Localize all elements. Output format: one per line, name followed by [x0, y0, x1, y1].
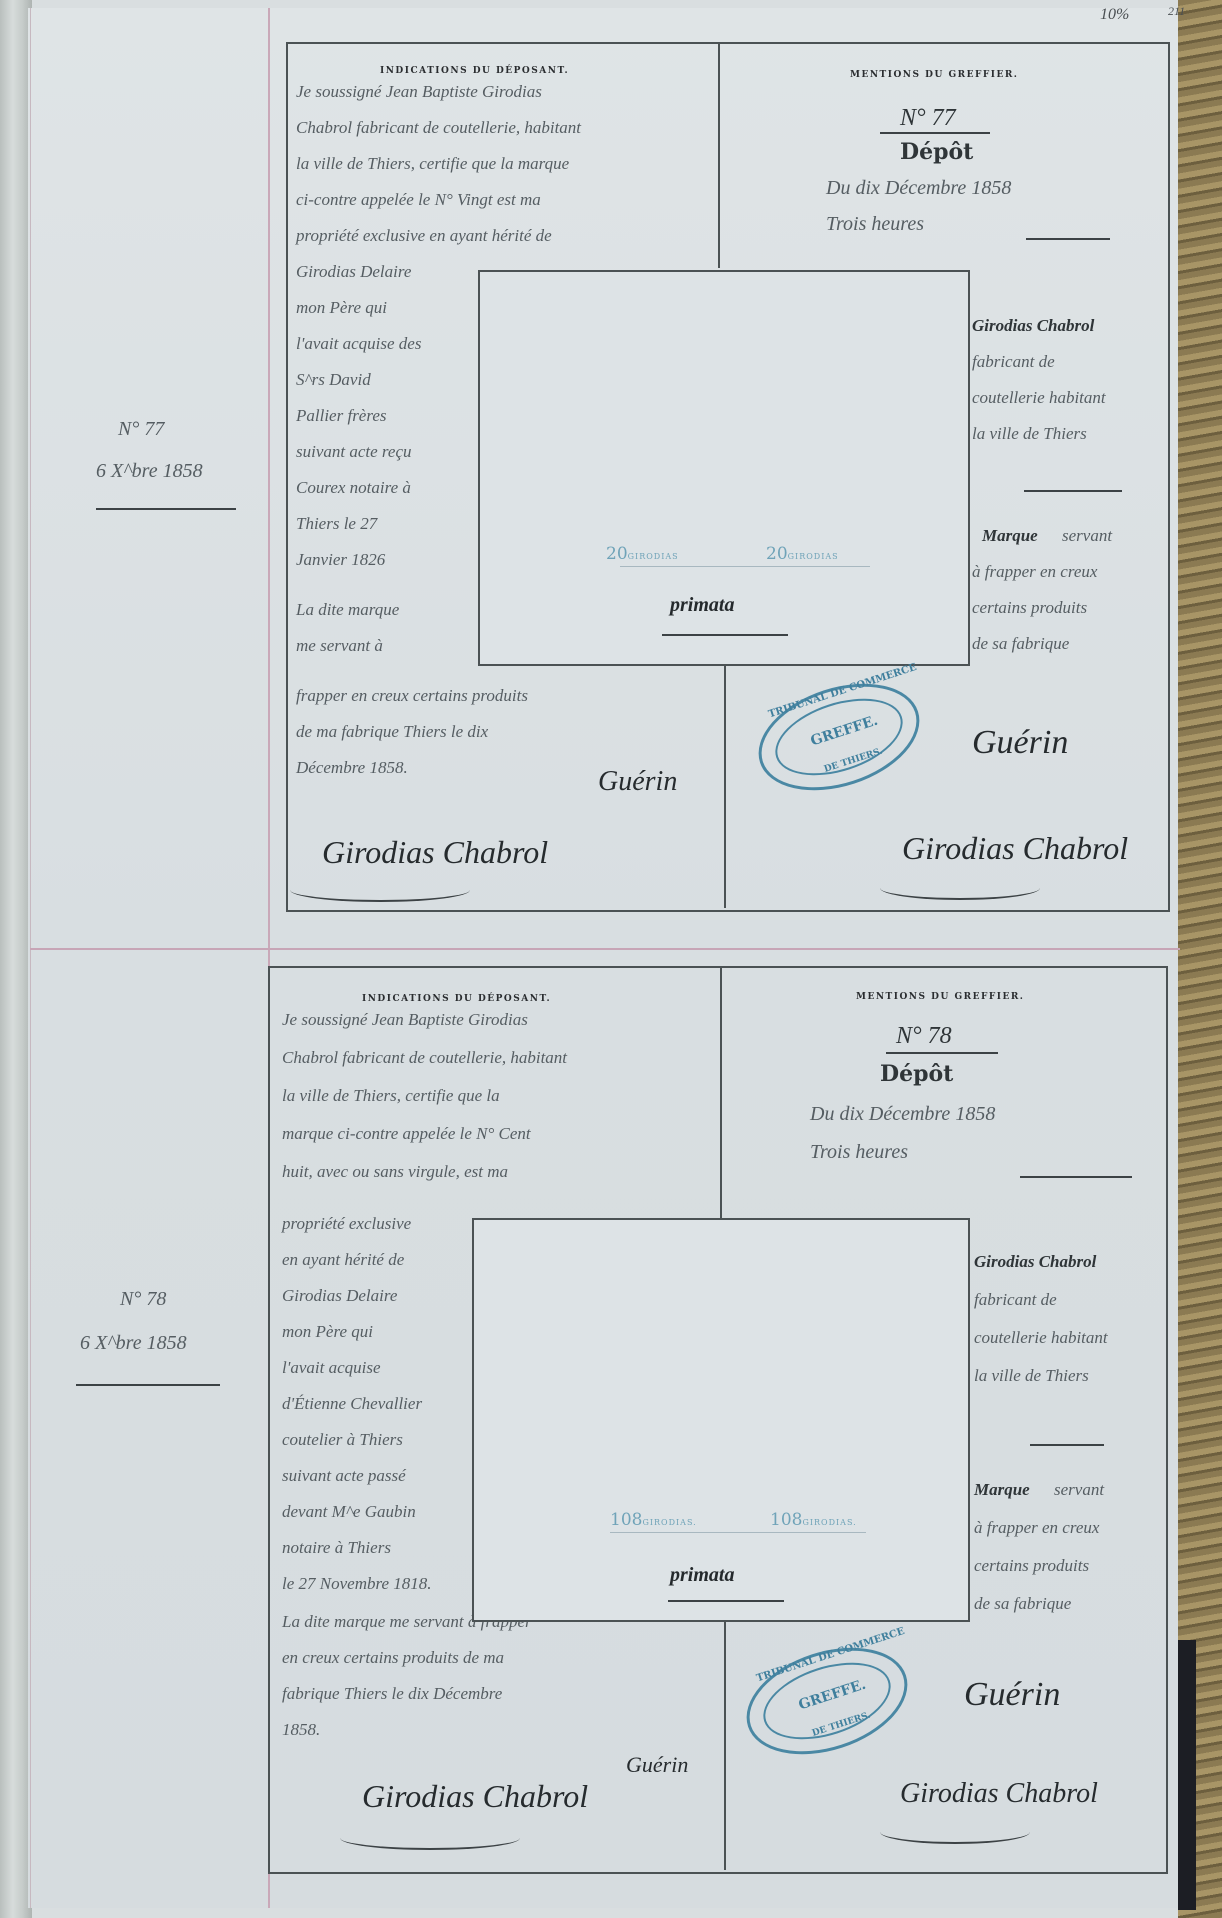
clerk-deposit-time: Trois heures	[826, 206, 924, 242]
clerk-signature: Guérin	[964, 1676, 1060, 1714]
depositor-line: coutelier à Thiers	[282, 1422, 403, 1458]
depositor-line: Girodias Delaire	[282, 1278, 397, 1314]
clerk-mark-line: à frapper en creux	[972, 554, 1097, 590]
depositor-line: marque ci-contre appelée le N° Cent	[282, 1116, 531, 1152]
depositor-line: la ville de Thiers, certifie que la	[282, 1078, 500, 1114]
depositor-line: Courex notaire à	[296, 470, 411, 506]
signature-flourish	[290, 878, 470, 902]
clerk-depositor-signature: Girodias Chabrol	[902, 830, 1128, 867]
mark-imprint: 108GIRODIAS.	[610, 1510, 697, 1530]
mark-name: primata	[670, 594, 734, 617]
depositor-line: d'Étienne Chevallier	[282, 1386, 422, 1422]
mark-imprint-rule	[620, 566, 870, 567]
mark-name-underline	[662, 634, 788, 636]
clerk-deposit-date: Du dix Décembre 1858	[810, 1096, 995, 1132]
margin-record-number: N° 77	[118, 418, 164, 441]
depositor-line: Je soussigné Jean Baptiste Girodias	[282, 1002, 528, 1038]
depositor-signature: Girodias Chabrol	[362, 1778, 588, 1815]
depositor-signature: Girodias Chabrol	[322, 834, 548, 871]
folio-number: 10%	[1100, 6, 1129, 24]
mark-imprint-number: 20	[606, 544, 628, 564]
clerk-mark-line: de sa fabrique	[974, 1586, 1071, 1622]
depositor-line: La dite marque	[296, 592, 399, 628]
depositor-line: ci-contre appelée le N° Vingt est ma	[296, 182, 541, 218]
mark-name: primata	[670, 1564, 734, 1587]
depositor-line: me servant à	[296, 628, 383, 664]
depositor-line: le 27 Novembre 1818.	[282, 1566, 432, 1602]
depositor-line: propriété exclusive en ayant hérité de	[296, 218, 552, 254]
clerk-deposit-time: Trois heures	[810, 1134, 908, 1170]
depositor-line: suivant acte passé	[282, 1458, 406, 1494]
margin-record-date: 6 X^bre 1858	[96, 460, 203, 483]
clerk-mark-line: servant	[1062, 518, 1112, 554]
clerk-depositor-name: Girodias Chabrol	[972, 308, 1094, 344]
clerk-deposit-title: Dépôt	[880, 1056, 953, 1092]
clerk-deposit-date: Du dix Décembre 1858	[826, 170, 1011, 206]
margin-record-number: N° 78	[120, 1288, 166, 1311]
trademark-imprint-box: 20GIRODIAS 20GIRODIAS primata	[478, 270, 970, 666]
depositor-line: la ville de Thiers, certifie que la marq…	[296, 146, 569, 182]
mark-imprint-rule	[610, 1532, 866, 1533]
mark-imprint-name: GIRODIAS.	[642, 1518, 696, 1527]
depositor-line: suivant acte reçu	[296, 434, 412, 470]
column-divider-top	[718, 42, 720, 268]
clerk-header: Mentions du greffier.	[850, 70, 1018, 80]
clerk-depositor-line: la ville de Thiers	[974, 1358, 1089, 1394]
clerk-record-number: N° 78	[896, 1018, 952, 1054]
depositor-line: 1858.	[282, 1712, 320, 1748]
depositor-line: notaire à Thiers	[282, 1530, 391, 1566]
margin-record-date: 6 X^bre 1858	[80, 1332, 187, 1355]
clerk-time-rule	[1020, 1176, 1132, 1178]
clerk-depositor-signature: Girodias Chabrol	[900, 1778, 1098, 1810]
depositor-line: frapper en creux certains produits	[296, 678, 528, 714]
depositor-line: Chabrol fabricant de coutellerie, habita…	[282, 1040, 567, 1076]
column-divider-bottom	[724, 1618, 726, 1870]
mark-imprint-number: 108	[770, 1510, 802, 1530]
page-left-rule	[30, 8, 31, 1908]
depositor-line: Décembre 1858.	[296, 750, 408, 786]
clerk-depositor-name: Girodias Chabrol	[974, 1244, 1096, 1280]
clerk-deposit-title: Dépôt	[900, 134, 973, 170]
page-corner-mark: 211	[1168, 4, 1185, 19]
depositor-line: fabrique Thiers le dix Décembre	[282, 1676, 502, 1712]
column-divider-bottom	[724, 664, 726, 908]
clerk-signature: Guérin	[972, 724, 1068, 762]
margin-underline	[96, 508, 236, 510]
clerk-mark-label: Marque	[982, 518, 1038, 554]
depositor-line: propriété exclusive	[282, 1206, 411, 1242]
scanned-register-page: 10% 211 N° 77 6 X^bre 1858 Indications d…	[0, 0, 1222, 1918]
mark-imprint-name: GIRODIAS.	[802, 1518, 856, 1527]
clerk-mark-line: certains produits	[972, 590, 1087, 626]
depositor-line: huit, avec ou sans virgule, est ma	[282, 1154, 508, 1190]
depositor-line: devant M^e Gaubin	[282, 1494, 416, 1530]
mark-imprint-name: GIRODIAS	[788, 552, 839, 561]
book-cover-corner	[1178, 1640, 1196, 1910]
depositor-line: l'avait acquise des	[296, 326, 421, 362]
clerk-mark-label: Marque	[974, 1472, 1030, 1508]
depositor-line: mon Père qui	[296, 290, 387, 326]
depositor-line: de ma fabrique Thiers le dix	[296, 714, 488, 750]
signature-flourish	[340, 1826, 520, 1850]
clerk-number-underline	[886, 1052, 998, 1054]
depositor-line: Chabrol fabricant de coutellerie, habita…	[296, 110, 581, 146]
clerk-time-rule	[1026, 238, 1110, 240]
clerk-mark-line: à frapper en creux	[974, 1510, 1099, 1546]
clerk-section-rule	[1024, 490, 1122, 492]
clerk-depositor-line: fabricant de	[972, 344, 1055, 380]
mark-imprint-number: 20	[766, 544, 788, 564]
mark-imprint-number: 108	[610, 1510, 642, 1530]
depositor-line: Girodias Delaire	[296, 254, 411, 290]
clerk-depositor-line: coutellerie habitant	[972, 380, 1106, 416]
mark-imprint-name: GIRODIAS	[628, 552, 679, 561]
depositor-line: Janvier 1826	[296, 542, 385, 578]
signature-flourish	[880, 1820, 1030, 1844]
depositor-line: Thiers le 27	[296, 506, 377, 542]
depositor-line: mon Père qui	[282, 1314, 373, 1350]
clerk-section-rule	[1030, 1444, 1104, 1446]
mark-imprint: 20GIRODIAS	[606, 544, 679, 564]
clerk-depositor-line: la ville de Thiers	[972, 416, 1087, 452]
trademark-imprint-box: 108GIRODIAS. 108GIRODIAS. primata	[472, 1218, 970, 1622]
column-divider-top	[720, 966, 722, 1220]
clerk-header: Mentions du greffier.	[856, 992, 1024, 1002]
depositor-line: Je soussigné Jean Baptiste Girodias	[296, 74, 542, 110]
depositor-line: Pallier frères	[296, 398, 387, 434]
margin-underline	[76, 1384, 220, 1386]
clerk-depositor-line: coutellerie habitant	[974, 1320, 1108, 1356]
clerk-record-number: N° 77	[900, 100, 956, 136]
mark-name-underline	[668, 1600, 784, 1602]
clerk-depositor-line: fabricant de	[974, 1282, 1057, 1318]
mark-imprint: 20GIRODIAS	[766, 544, 839, 564]
mark-imprint: 108GIRODIAS.	[770, 1510, 857, 1530]
depositor-line: l'avait acquise	[282, 1350, 381, 1386]
clerk-mark-line: certains produits	[974, 1548, 1089, 1584]
clerk-signature-left: Guérin	[598, 766, 677, 798]
record-separator-rule	[30, 948, 1180, 950]
depositor-line: en ayant hérité de	[282, 1242, 404, 1278]
book-cover-edge	[1178, 0, 1222, 1918]
clerk-mark-line: servant	[1054, 1472, 1104, 1508]
clerk-mark-line: de sa fabrique	[972, 626, 1069, 662]
depositor-line: S^rs David	[296, 362, 371, 398]
signature-flourish	[880, 876, 1040, 900]
clerk-signature-left: Guérin	[626, 1752, 688, 1778]
depositor-line: en creux certains produits de ma	[282, 1640, 504, 1676]
